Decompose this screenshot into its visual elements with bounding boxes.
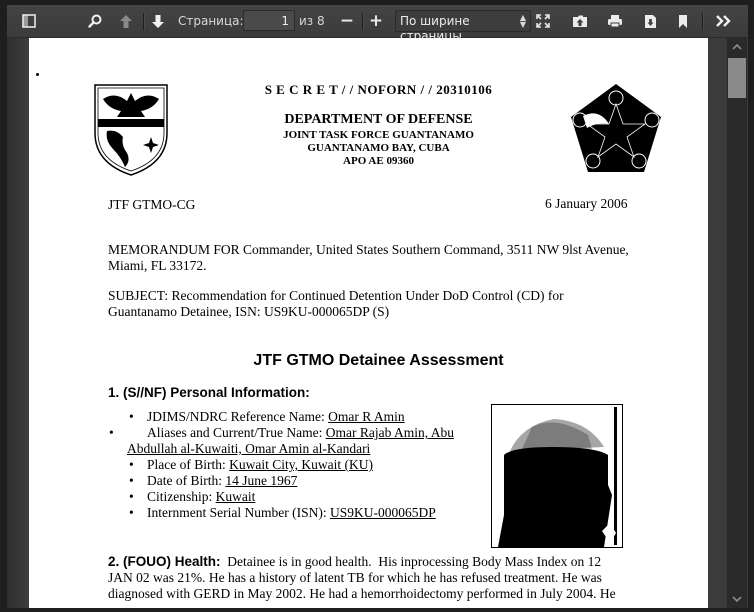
print-button[interactable] (604, 9, 626, 33)
print-icon (607, 14, 623, 28)
memo-date: 6 January 2006 (545, 196, 627, 212)
bookmark-button[interactable] (673, 9, 693, 33)
subject-line: Guantanamo Detainee, ISN: US9KU-000065DP… (108, 304, 389, 320)
bookmark-icon (678, 14, 688, 29)
citizenship: Kuwait (216, 489, 256, 504)
list-item: JDIMS/NDRC Reference Name: Omar R Amin (127, 409, 487, 425)
section-2-line: 2. (FOUO) Health: Detainee is in good he… (108, 554, 601, 570)
viewer-margin (7, 38, 29, 608)
open-file-button[interactable] (569, 9, 591, 33)
org-line: JOINT TASK FORCE GUANTANAMO (29, 129, 708, 141)
memo-for-line: MEMORANDUM FOR Commander, United States … (108, 242, 629, 258)
fullscreen-icon (536, 14, 550, 28)
download-button[interactable] (639, 9, 661, 33)
memo-for-line: Miami, FL 33172. (108, 258, 207, 274)
sidebar-toggle-button[interactable] (17, 9, 41, 33)
toolbar-separator (143, 13, 144, 30)
open-file-icon (572, 14, 588, 28)
section-2-heading: 2. (FOUO) Health: (108, 554, 221, 569)
zoom-out-button[interactable]: − (337, 9, 357, 33)
subject-line: SUBJECT: Recommendation for Continued De… (108, 288, 564, 304)
scrollbar-thumb[interactable] (728, 58, 746, 98)
section-2-line: diagnosed with GERD in May 2002. He had … (108, 586, 616, 602)
office-symbol: JTF GTMO-CG (108, 197, 195, 213)
select-arrows-icon: ▲▼ (520, 14, 526, 28)
sidebar-toggle-icon (22, 14, 36, 28)
toolbar-separator (362, 13, 363, 30)
org-line: APO AE 09360 (29, 155, 708, 167)
chevron-down-icon (732, 596, 742, 602)
pdf-page: S E C R E T / / NOFORN / / 20310106 DEPA… (29, 38, 708, 608)
zoom-in-button[interactable]: + (366, 9, 386, 33)
arrow-down-icon (151, 14, 165, 29)
toolbar-separator (702, 13, 703, 30)
chevron-up-icon (732, 44, 742, 50)
page-total: из 8 (299, 14, 325, 28)
scroll-down-button[interactable] (727, 590, 747, 608)
list-item: Place of Birth: Kuwait City, Kuwait (KU) (127, 457, 487, 473)
fullscreen-button[interactable] (533, 9, 553, 33)
search-button[interactable] (83, 9, 107, 33)
vertical-scrollbar[interactable] (727, 38, 747, 608)
org-line: GUANTANAMO BAY, CUBA (29, 142, 708, 154)
section-2-line: JAN 02 was 21%. He has a history of late… (108, 570, 602, 586)
double-chevron-right-icon (716, 15, 732, 27)
next-page-button[interactable] (146, 9, 170, 33)
section-1-heading: 1. (S//NF) Personal Information: (108, 385, 310, 400)
more-tools-button[interactable] (711, 9, 737, 33)
scan-speck (36, 73, 39, 76)
list-item: Aliases and Current/True Name: Omar Raja… (107, 425, 487, 457)
reference-name: Omar R Amin (328, 409, 405, 424)
date-of-birth: 14 June 1967 (225, 473, 297, 488)
isn: US9KU-000065DP (330, 505, 436, 520)
detainee-photo (491, 404, 623, 548)
list-item: Citizenship: Kuwait (127, 489, 487, 505)
place-of-birth: Kuwait City, Kuwait (KU) (229, 457, 373, 472)
page-number-input[interactable]: 1 (243, 10, 295, 31)
list-item: Date of Birth: 14 June 1967 (127, 473, 487, 489)
personal-info-list: JDIMS/NDRC Reference Name: Omar R Amin A… (127, 409, 487, 521)
department-heading: DEPARTMENT OF DEFENSE (29, 112, 708, 128)
document-viewer[interactable]: S E C R E T / / NOFORN / / 20310106 DEPA… (7, 38, 748, 608)
toolbar: Страница: 1 из 8 − + По ширине страницы … (7, 5, 748, 38)
scroll-up-button[interactable] (727, 38, 747, 56)
download-icon (644, 14, 657, 29)
previous-page-button[interactable] (114, 9, 138, 33)
list-item: Internment Serial Number (ISN): US9KU-00… (127, 505, 487, 521)
classification-banner: S E C R E T / / NOFORN / / 20310106 (29, 82, 708, 98)
arrow-up-icon (119, 14, 133, 29)
page-label: Страница: (178, 14, 244, 28)
zoom-select[interactable]: По ширине страницы ▲▼ (395, 10, 531, 32)
pdf-viewer-window: Страница: 1 из 8 − + По ширине страницы … (7, 5, 748, 608)
search-icon (88, 14, 102, 28)
assessment-title: JTF GTMO Detainee Assessment (29, 352, 708, 370)
